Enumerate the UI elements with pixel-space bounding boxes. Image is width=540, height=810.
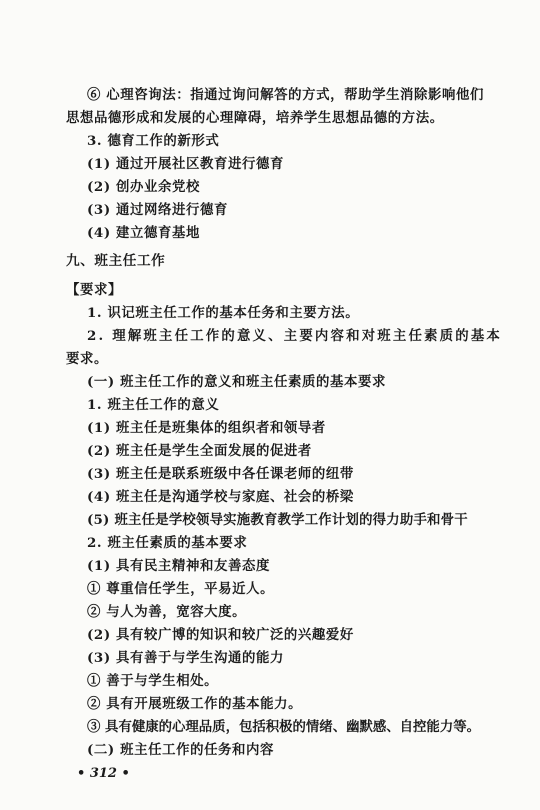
list-item: (2) 班主任是学生全面发展的促进者 (87, 442, 312, 460)
list-item: ③ 具有健康的心理品质，包括积极的情绪、幽默感、自控能力等。 (87, 718, 480, 736)
list-item: (2) 创办业余党校 (87, 178, 200, 196)
requirements-label: 【要求】 (66, 281, 122, 299)
document-page: ⑥ 心理咨询法：指通过询问解答的方式，帮助学生消除影响他们 思想品德形成和发展的… (0, 0, 540, 810)
list-item: ② 与人为善，宽容大度。 (87, 603, 246, 621)
list-item: (3) 具有善于与学生沟通的能力 (87, 649, 284, 667)
list-item: ① 善于与学生相处。 (87, 672, 218, 690)
list-item: (5) 班主任是学校领导实施教育教学工作计划的得力助手和骨干 (87, 511, 468, 529)
subheading: 3. 德育工作的新形式 (87, 132, 219, 150)
list-item: ① 尊重信任学生，平易近人。 (87, 580, 274, 598)
list-item: (2) 具有较广博的知识和较广泛的兴趣爱好 (87, 626, 354, 644)
subheading: 2. 班主任素质的基本要求 (87, 534, 247, 552)
paragraph-line: 思想品德形成和发展的心理障碍，培养学生思想品德的方法。 (66, 109, 444, 127)
paragraph-line: 要求。 (66, 350, 108, 368)
section-heading: 九、班主任工作 (66, 252, 165, 270)
page-number: • 312 • (77, 766, 130, 781)
list-item: (3) 通过网络进行德育 (87, 201, 228, 219)
list-item: 2. 理解班主任工作的意义、主要内容和对班主任素质的基本 (87, 327, 502, 345)
subheading: 1. 班主任工作的意义 (87, 396, 219, 414)
list-item: (3) 班主任是联系班级中各任课老师的纽带 (87, 465, 354, 483)
list-item: ② 具有开展班级工作的基本能力。 (87, 695, 302, 713)
subheading: (二) 班主任工作的任务和内容 (87, 741, 274, 759)
list-item: (1) 通过开展社区教育进行德育 (87, 155, 284, 173)
list-item: (4) 建立德育基地 (87, 224, 200, 242)
list-item: (4) 班主任是沟通学校与家庭、社会的桥梁 (87, 488, 354, 506)
list-item: (1) 班主任是班集体的组织者和领导者 (87, 419, 326, 437)
subheading: (一) 班主任工作的意义和班主任素质的基本要求 (87, 373, 386, 391)
paragraph-line: ⑥ 心理咨询法：指通过询问解答的方式，帮助学生消除影响他们 (87, 86, 484, 104)
list-item: (1) 具有民主精神和友善态度 (87, 557, 270, 575)
list-item: 1. 识记班主任工作的基本任务和主要方法。 (87, 304, 359, 322)
